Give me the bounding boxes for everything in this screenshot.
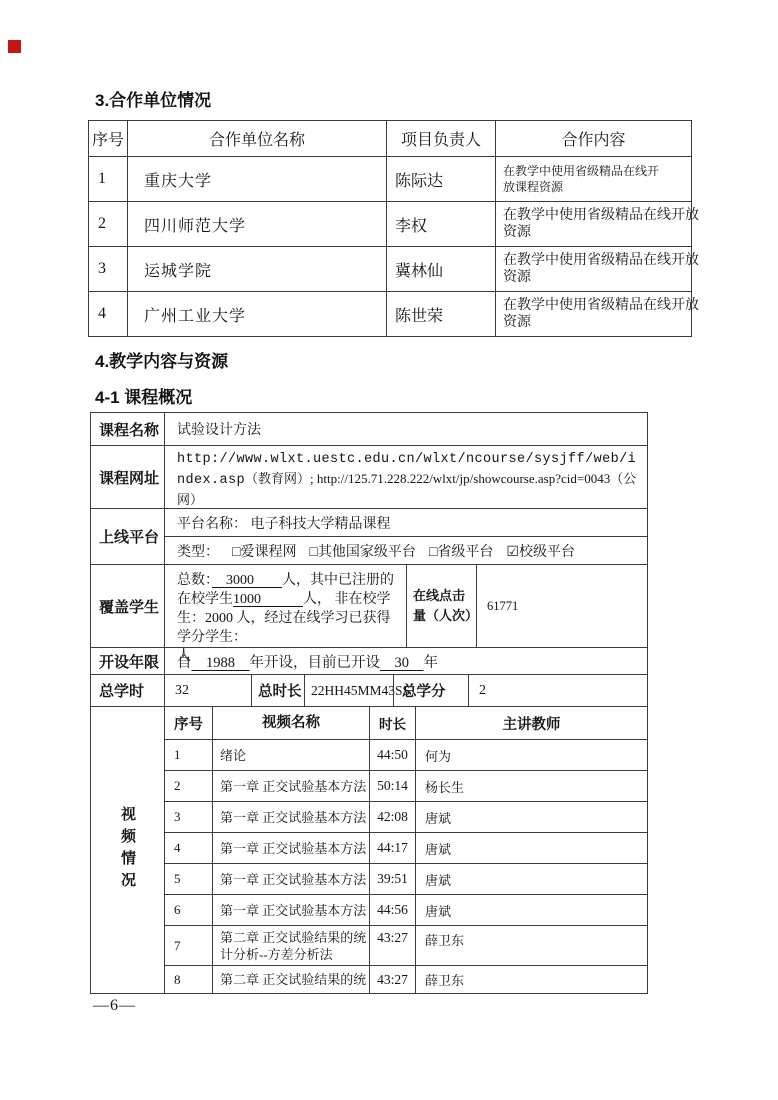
video-teacher: 唐斌	[415, 864, 647, 894]
course-url-value: http://www.wlxt.uestc.edu.cn/wlxt/ncours…	[164, 446, 647, 508]
video-name: 第一章 正交试验基本方法	[212, 802, 369, 832]
video-teacher: 杨长生	[415, 771, 647, 801]
coverage-total-blank: 3000	[212, 573, 282, 588]
course-url-row: 课程网址 http://www.wlxt.uestc.edu.cn/wlxt/n…	[91, 445, 647, 508]
video-header-row: 序号 视频名称 时长 主讲教师	[165, 707, 647, 739]
checkbox-national: □其他国家级平台	[309, 541, 415, 561]
video-teacher: 唐斌	[415, 802, 647, 832]
table-row: 1 重庆大学 陈际达 在教学中使用省级精品在线开 放课程资源	[89, 156, 691, 201]
video-duration: 44:17	[369, 833, 415, 863]
course-name-value: 试验设计方法	[164, 413, 647, 445]
video-teacher: 薛卫东	[415, 926, 647, 965]
duration-label: 总时长	[251, 675, 304, 706]
course-name-row: 课程名称 试验设计方法	[91, 413, 647, 445]
coverage-p1: 总数：	[177, 573, 212, 588]
years-count-blank: 30	[380, 651, 424, 672]
years-row: 开设年限 自 1988 年开设，目前已开设 30 年	[91, 647, 647, 674]
course-url-label: 课程网址	[91, 446, 164, 508]
video-header-duration: 时长	[369, 707, 415, 739]
coverage-text: 总数： 3000 人，其中已注册的在校学生1000 人， 非在校学生：2000 …	[164, 565, 406, 647]
hours-row: 总学时 32 总时长 22HH45MM43SS 总学分 2	[91, 674, 647, 706]
coverage-row: 覆盖学生 总数： 3000 人，其中已注册的在校学生1000 人， 非在校学生：…	[91, 564, 647, 647]
coop-content: 在教学中使用省级精品在线开放 资源	[495, 247, 691, 291]
platform-type-line: 类型： □爱课程网 □其他国家级平台 □省级平台 ☑校级平台	[165, 536, 647, 564]
checkbox-school-checked: ☑校级平台	[506, 541, 575, 561]
table-row: 2 四川师范大学 李权 在教学中使用省级精品在线开放 资源	[89, 201, 691, 246]
credits-value: 2	[468, 675, 647, 706]
row-serial: 1	[89, 157, 127, 201]
years-text: 自 1988 年开设，目前已开设 30 年	[164, 648, 647, 674]
section-4-heading: 4.教学内容与资源	[95, 347, 228, 372]
row-serial: 2	[89, 202, 127, 246]
platform-label: 上线平台	[91, 509, 164, 564]
table-row: 4 广州工业大学 陈世荣 在教学中使用省级精品在线开放 资源	[89, 291, 691, 336]
unit-name: 重庆大学	[127, 157, 386, 201]
platform-name-line: 平台名称： 电子科技大学精品课程	[165, 509, 647, 536]
header-unit-name: 合作单位名称	[127, 121, 386, 156]
section-41-heading: 4-1 课程概况	[95, 383, 192, 408]
video-no: 6	[165, 895, 212, 925]
video-duration: 39:51	[369, 864, 415, 894]
years-p1: 自	[177, 651, 192, 672]
video-row: 5 第一章 正交试验基本方法 39:51 唐斌	[165, 863, 647, 894]
leader-name: 陈世荣	[386, 292, 495, 336]
document-page: 3.合作单位情况 序号 合作单位名称 项目负责人 合作内容 1 重庆大学 陈际达…	[0, 0, 778, 1100]
video-duration: 50:14	[369, 771, 415, 801]
video-teacher: 唐斌	[415, 833, 647, 863]
section-3-heading: 3.合作单位情况	[95, 86, 211, 111]
video-duration: 43:27	[369, 926, 415, 965]
course-overview-table: 课程名称 试验设计方法 课程网址 http://www.wlxt.uestc.e…	[90, 412, 648, 994]
video-row: 2 第一章 正交试验基本方法 50:14 杨长生	[165, 770, 647, 801]
video-row: 8 第二章 正交试验结果的统 43:27 薛卫东	[165, 965, 647, 993]
row-serial: 4	[89, 292, 127, 336]
video-row: 6 第一章 正交试验基本方法 44:56 唐斌	[165, 894, 647, 925]
video-row: 4 第一章 正交试验基本方法 44:17 唐斌	[165, 832, 647, 863]
video-no: 3	[165, 802, 212, 832]
coop-content: 在教学中使用省级精品在线开放 资源	[495, 292, 691, 336]
video-name: 第一章 正交试验基本方法	[212, 833, 369, 863]
course-name-label: 课程名称	[91, 413, 164, 445]
leader-name: 陈际达	[386, 157, 495, 201]
hours-value: 32	[164, 675, 251, 706]
cooperation-table: 序号 合作单位名称 项目负责人 合作内容 1 重庆大学 陈际达 在教学中使用省级…	[88, 120, 692, 337]
video-name: 绪论	[212, 740, 369, 770]
unit-name: 运城学院	[127, 247, 386, 291]
video-name: 第一章 正交试验基本方法	[212, 864, 369, 894]
course-url-2: http://125.71.228.222/wlxt/jp/showcourse…	[317, 471, 610, 486]
unit-name: 广州工业大学	[127, 292, 386, 336]
years-label: 开设年限	[91, 648, 164, 674]
video-section-label: 视频情况	[91, 707, 164, 993]
cooperation-header-row: 序号 合作单位名称 项目负责人 合作内容	[89, 121, 691, 156]
online-hits-value: 61771	[476, 565, 647, 647]
video-name: 第二章 正交试验结果的统计分析--方差分析法	[212, 926, 369, 965]
coop-content-text: 在教学中使用省级精品在线开放 资源	[496, 297, 699, 331]
video-name: 第一章 正交试验基本方法	[212, 895, 369, 925]
platform-type-prefix: 类型：	[177, 541, 219, 561]
video-row: 1 绪论 44:50 何为	[165, 739, 647, 770]
video-row: 7 第二章 正交试验结果的统计分析--方差分析法 43:27 薛卫东	[165, 925, 647, 965]
coop-content-text: 在教学中使用省级精品在线开放 资源	[496, 252, 699, 286]
unit-name: 四川师范大学	[127, 202, 386, 246]
video-no: 2	[165, 771, 212, 801]
course-url-note-1: （教育网）;	[245, 471, 317, 486]
video-duration: 44:50	[369, 740, 415, 770]
video-table: 序号 视频名称 时长 主讲教师 1 绪论 44:50 何为 2 第一章 正交试验…	[164, 707, 647, 993]
video-teacher: 何为	[415, 740, 647, 770]
row-serial: 3	[89, 247, 127, 291]
hours-label: 总学时	[91, 675, 164, 706]
coverage-enrolled-blank: 1000	[233, 592, 303, 607]
video-no: 8	[165, 966, 212, 993]
video-no: 5	[165, 864, 212, 894]
platform-stack: 平台名称： 电子科技大学精品课程 类型： □爱课程网 □其他国家级平台 □省级平…	[164, 509, 647, 564]
duration-value: 22HH45MM43SS	[304, 675, 393, 706]
online-hits-label: 在线点击 量（人次）	[406, 565, 476, 647]
page-number: —6—	[93, 997, 136, 1015]
checkbox-aicourse: □爱课程网	[232, 541, 296, 561]
video-row: 3 第一章 正交试验基本方法 42:08 唐斌	[165, 801, 647, 832]
video-name: 第一章 正交试验基本方法	[212, 771, 369, 801]
years-p3: 年开设，目前已开设	[250, 651, 381, 672]
video-no: 7	[165, 926, 212, 965]
platform-row: 上线平台 平台名称： 电子科技大学精品课程 类型： □爱课程网 □其他国家级平台…	[91, 508, 647, 564]
video-header-serial: 序号	[165, 707, 212, 739]
video-duration: 44:56	[369, 895, 415, 925]
coop-content-text: 在教学中使用省级精品在线开放 资源	[496, 207, 699, 241]
header-leader: 项目负责人	[386, 121, 495, 156]
coverage-label: 覆盖学生	[91, 565, 164, 647]
video-no: 4	[165, 833, 212, 863]
table-row: 3 运城学院 冀林仙 在教学中使用省级精品在线开放 资源	[89, 246, 691, 291]
leader-name: 冀林仙	[386, 247, 495, 291]
credits-label: 总学分	[393, 675, 468, 706]
years-p5: 年	[424, 651, 439, 672]
video-teacher: 唐斌	[415, 895, 647, 925]
leader-name: 李权	[386, 202, 495, 246]
video-no: 1	[165, 740, 212, 770]
years-start-blank: 1988	[192, 651, 250, 672]
video-header-name: 视频名称	[212, 707, 369, 739]
checkbox-provincial: □省级平台	[429, 541, 493, 561]
video-duration: 43:27	[369, 966, 415, 993]
video-section: 视频情况 序号 视频名称 时长 主讲教师 1 绪论 44:50 何为 2 第一章…	[91, 706, 647, 993]
video-name: 第二章 正交试验结果的统	[212, 966, 369, 993]
coop-content: 在教学中使用省级精品在线开放 资源	[495, 202, 691, 246]
coop-content: 在教学中使用省级精品在线开 放课程资源	[495, 157, 691, 201]
video-duration: 42:08	[369, 802, 415, 832]
video-header-teacher: 主讲教师	[415, 707, 647, 739]
coop-content-text: 在教学中使用省级精品在线开 放课程资源	[496, 163, 659, 195]
video-teacher: 薛卫东	[415, 966, 647, 993]
header-content: 合作内容	[495, 121, 691, 156]
red-square-marker-icon	[8, 40, 21, 53]
header-serial: 序号	[89, 121, 127, 156]
